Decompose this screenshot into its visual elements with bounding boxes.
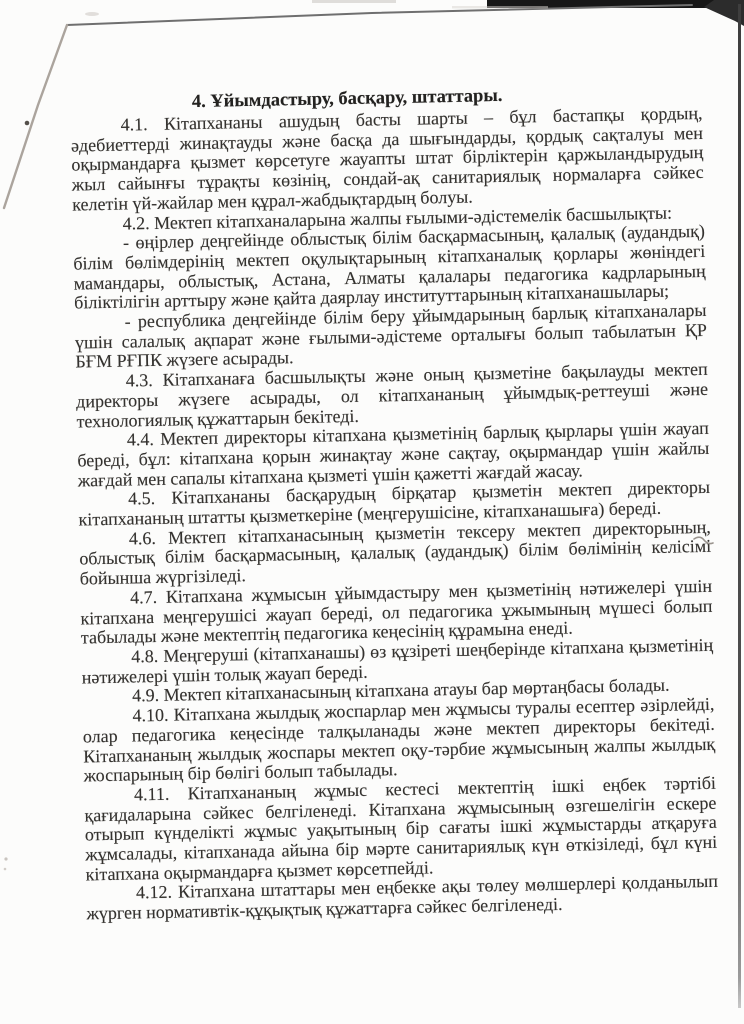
scanner-dark-corner bbox=[704, 0, 744, 26]
paragraph-4-10: 4.10. Кітапхана жылдық жоспарлар мен жұм… bbox=[82, 695, 715, 786]
paragraph-4-2-bullet-1: - өңірлер деңгейінде облыстық білім басқ… bbox=[73, 222, 706, 313]
scanner-dark-band-top bbox=[487, 0, 744, 8]
scan-smudge bbox=[85, 12, 99, 16]
page-top-edge-line bbox=[67, 5, 692, 25]
scan-speck bbox=[4, 857, 7, 860]
scan-speck bbox=[4, 868, 7, 871]
document-content: 4. Ұйымдастыру, басқару, штаттары. 4.1. … bbox=[70, 82, 719, 924]
paragraph-4-11: 4.11. Кітапхананың жұмыс кестесі мектепт… bbox=[84, 774, 718, 885]
scan-smudge bbox=[452, 6, 548, 8]
scan-smudge bbox=[312, 0, 396, 3]
scan-speck bbox=[25, 121, 30, 126]
scanner-edge-line-right bbox=[738, 4, 741, 1008]
page-left-edge-line bbox=[4, 25, 67, 208]
paragraph-4-1: 4.1. Кітапхананы ашудың басты шарты – бұ… bbox=[70, 104, 704, 215]
scanned-document-page: 4. Ұйымдастыру, басқару, штаттары. 4.1. … bbox=[0, 0, 744, 1024]
